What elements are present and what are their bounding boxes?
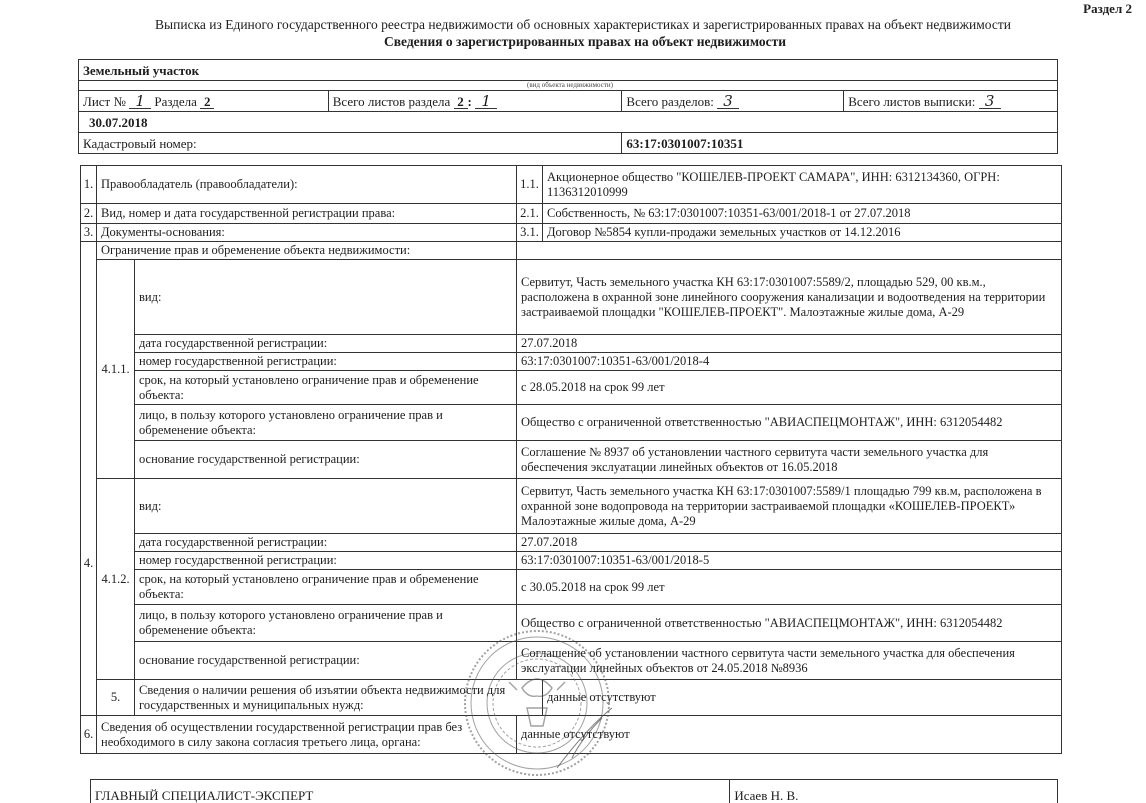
total-sheets-value: 3	[979, 95, 1001, 109]
total-sheets-label: Всего листов выписки:	[848, 94, 975, 109]
beneficiary-value: Общество с ограниченной ответственностью…	[517, 605, 1062, 642]
empty-cell	[517, 242, 1062, 260]
cadastral-label: Кадастровый номер:	[79, 133, 622, 154]
encumbrance-row: основание государственной регистрации: С…	[81, 441, 1062, 479]
reg-date-value: 27.07.2018	[517, 534, 1062, 552]
basis-value: Соглашение № 8937 об установлении частно…	[517, 441, 1062, 479]
term-label: срок, на который установлено ограничение…	[135, 570, 517, 605]
object-header-table: Земельный участок (вид объекта недвижимо…	[78, 59, 1058, 154]
total-sections-value: 3	[717, 95, 739, 109]
encumbrance-id: 4.1.1.	[97, 260, 135, 479]
table-row: 2. Вид, номер и дата государственной рег…	[81, 204, 1062, 224]
table-row: 4. Ограничение прав и обременение объект…	[81, 242, 1062, 260]
encumbrance-row: срок, на который установлено ограничение…	[81, 371, 1062, 405]
row-number: 4.	[81, 242, 97, 716]
row-number: 2.	[81, 204, 97, 224]
table-row: 6. Сведения об осуществлении государстве…	[81, 716, 1062, 754]
row-number: 5.	[97, 680, 135, 716]
sheet-value: 1	[129, 95, 151, 109]
document-subtitle: Сведения о зарегистрированных правах на …	[0, 34, 1146, 50]
encumbrance-id: 4.1.2.	[97, 479, 135, 680]
cadastral-number: 63:17:0301007:10351	[622, 133, 1058, 154]
row-subnumber: 2.1.	[517, 204, 543, 224]
sheet-number-cell: Лист № 1 Раздела 2	[79, 91, 329, 112]
extract-date: 30.07.2018	[79, 112, 1058, 133]
row-label: Документы-основания:	[97, 224, 517, 242]
basis-value: Соглашение об установлении частного серв…	[517, 642, 1062, 680]
encumbrance-row: 4.1.1. вид: Сервитут, Часть земельного у…	[81, 260, 1062, 335]
table-row: 5. Сведения о наличии решения об изъятии…	[81, 680, 1062, 716]
signer-position: ГЛАВНЫЙ СПЕЦИАЛИСТ-ЭКСПЕРТ	[91, 780, 730, 803]
total-sections-label: Всего разделов:	[626, 94, 713, 109]
row-value: данные отсутствуют	[517, 716, 1062, 754]
reg-number-label: номер государственной регистрации:	[135, 353, 517, 371]
encumbrance-row: дата государственной регистрации: 27.07.…	[81, 534, 1062, 552]
encumbrance-row: 4.1.2. вид: Сервитут, Часть земельного у…	[81, 479, 1062, 534]
row-number: 3.	[81, 224, 97, 242]
term-value: с 28.05.2018 на срок 99 лет	[517, 371, 1062, 405]
beneficiary-value: Общество с ограниченной ответственностью…	[517, 405, 1062, 441]
row-label: Ограничение прав и обременение объекта н…	[97, 242, 517, 260]
document-title: Выписка из Единого государственного реес…	[0, 17, 1146, 33]
kind-label: вид:	[135, 479, 517, 534]
beneficiary-label: лицо, в пользу которого установлено огра…	[135, 405, 517, 441]
encumbrance-row: лицо, в пользу которого установлено огра…	[81, 605, 1062, 642]
row-number: 1.	[81, 166, 97, 204]
total-section-sheets-cell: Всего листов раздела 2: 1	[328, 91, 622, 112]
row-label: Правообладатель (правообладатели):	[97, 166, 517, 204]
section-word: Раздела	[154, 94, 197, 109]
section-value: 2	[200, 95, 214, 109]
basis-label: основание государственной регистрации:	[135, 441, 517, 479]
rights-table: 1. Правообладатель (правообладатели): 1.…	[80, 165, 1062, 754]
row-number: 6.	[81, 716, 97, 754]
object-type: Земельный участок	[79, 60, 1058, 81]
encumbrance-row: номер государственной регистрации: 63:17…	[81, 552, 1062, 570]
reg-number-value: 63:17:0301007:10351-63/001/2018-4	[517, 353, 1062, 371]
encumbrance-row: срок, на который установлено ограничение…	[81, 570, 1062, 605]
row-label: Сведения об осуществлении государственно…	[97, 716, 517, 754]
term-value: с 30.05.2018 на срок 99 лет	[517, 570, 1062, 605]
basis-label: основание государственной регистрации:	[135, 642, 517, 680]
signer-name: Исаев Н. В.	[730, 780, 1058, 803]
encumbrance-row: номер государственной регистрации: 63:17…	[81, 353, 1062, 371]
term-label: срок, на который установлено ограничение…	[135, 371, 517, 405]
reg-number-value: 63:17:0301007:10351-63/001/2018-5	[517, 552, 1062, 570]
section-label: Раздел 2	[1083, 1, 1132, 17]
row-subnumber: 1.1.	[517, 166, 543, 204]
beneficiary-label: лицо, в пользу которого установлено огра…	[135, 605, 517, 642]
total-sheets-cell: Всего листов выписки: 3	[844, 91, 1058, 112]
total-section-sheets-value: 1	[475, 95, 497, 109]
kind-value: Сервитут, Часть земельного участка КН 63…	[517, 479, 1062, 534]
row-label: Сведения о наличии решения об изъятии об…	[135, 680, 543, 716]
row-label: Вид, номер и дата государственной регист…	[97, 204, 517, 224]
row-value: Собственность, № 63:17:0301007:10351-63/…	[543, 204, 1062, 224]
total-sections-cell: Всего разделов: 3	[622, 91, 844, 112]
reg-date-label: дата государственной регистрации:	[135, 534, 517, 552]
encumbrance-row: дата государственной регистрации: 27.07.…	[81, 335, 1062, 353]
reg-number-label: номер государственной регистрации:	[135, 552, 517, 570]
encumbrance-row: лицо, в пользу которого установлено огра…	[81, 405, 1062, 441]
signature-table: ГЛАВНЫЙ СПЕЦИАЛИСТ-ЭКСПЕРТ Исаев Н. В.	[90, 779, 1058, 803]
total-section-sheets-section: 2	[454, 95, 468, 109]
table-row: 1. Правообладатель (правообладатели): 1.…	[81, 166, 1062, 204]
object-type-caption: (вид объекта недвижимости)	[79, 81, 1058, 91]
object-type-caption-text: (вид объекта недвижимости)	[527, 81, 613, 89]
row-value: Акционерное общество "КОШЕЛЕВ-ПРОЕКТ САМ…	[543, 166, 1062, 204]
row-value: данные отсутствуют	[543, 680, 1062, 716]
kind-value: Сервитут, Часть земельного участка КН 63…	[517, 260, 1062, 335]
total-section-sheets-label: Всего листов раздела	[333, 94, 451, 109]
sheet-label: Лист №	[83, 94, 126, 109]
kind-label: вид:	[135, 260, 517, 335]
encumbrance-row: основание государственной регистрации: С…	[81, 642, 1062, 680]
row-subnumber: 3.1.	[517, 224, 543, 242]
reg-date-label: дата государственной регистрации:	[135, 335, 517, 353]
row-value: Договор №5854 купли-продажи земельных уч…	[543, 224, 1062, 242]
reg-date-value: 27.07.2018	[517, 335, 1062, 353]
table-row: 3. Документы-основания: 3.1. Договор №58…	[81, 224, 1062, 242]
